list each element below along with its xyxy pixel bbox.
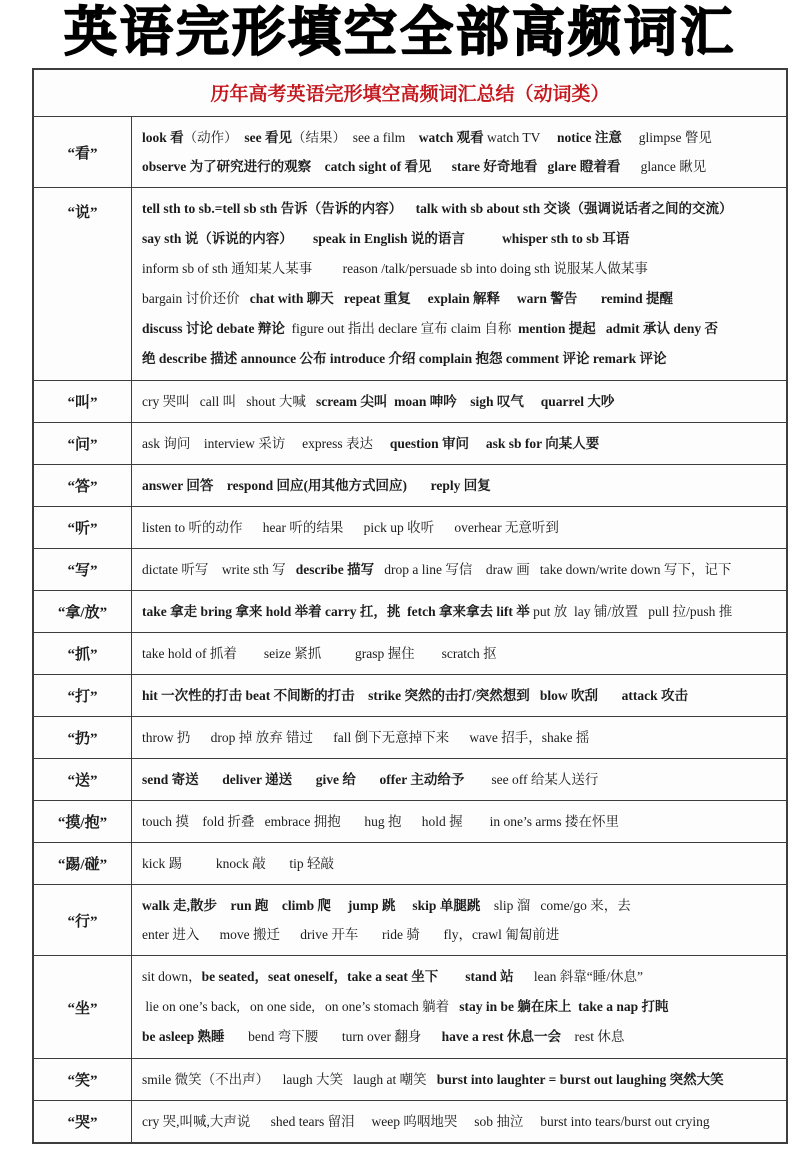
content-cell: kick 踢 knock 敲 tip 轻敲 <box>132 843 786 884</box>
table-row: “问”ask 询问 interview 采访 express 表达 questi… <box>34 423 786 465</box>
category-cell: “打” <box>34 675 132 716</box>
content-cell: tell sth to sb.=tell sb sth 告诉（告诉的内容） ta… <box>132 188 786 380</box>
category-cell: “看” <box>34 117 132 187</box>
category-cell: “说” <box>34 188 132 380</box>
vocab-entry: inform sb of sth 通知某人某事 reason /talk/per… <box>142 261 648 276</box>
vocab-entry-bold: question 审问 <box>390 436 469 451</box>
vocab-entry-bold: deliver 递送 <box>222 772 292 787</box>
vocab-entry <box>457 394 471 409</box>
category-cell: “哭” <box>34 1101 132 1142</box>
vocab-entry <box>396 898 413 913</box>
content-cell: sit down，be seated，seat oneself，take a s… <box>132 956 786 1058</box>
vocab-entry: figure out 指出 declare 宣布 claim 自称 <box>285 321 518 336</box>
content-cell: walk 走,散步 run 跑 climb 爬 jump 跳 skip 单腿跳 … <box>132 885 786 955</box>
table-row: “摸/抱”touch 摸 fold 折叠 embrace 拥抱 hug 抱 ho… <box>34 801 786 843</box>
vocab-entry-bold: burst into laughter = burst out laughing… <box>437 1072 724 1087</box>
vocab-entry <box>411 291 428 306</box>
vocab-line: bargain 讨价还价 chat with 聊天 repeat 重复 expl… <box>142 284 782 314</box>
content-cell: cry 哭叫 call 叫 shout 大喊 scream 尖叫 moan 呻吟… <box>132 381 786 422</box>
vocab-entry: throw 扔 drop 掉 放弃 错过 fall 倒下无意掉下来 wave 招… <box>142 730 589 745</box>
vocab-entry-bold: have a rest 休息一会 <box>442 1029 561 1044</box>
vocab-entry-bold: climb 爬 <box>282 898 331 913</box>
vocab-entry-bold: speak in English 说的语言 <box>313 231 465 246</box>
content-cell: touch 摸 fold 折叠 embrace 拥抱 hug 抱 hold 握 … <box>132 801 786 842</box>
vocab-entry <box>577 291 601 306</box>
vocab-entry-bold: hit 一次性的打击 beat 不间断的打击 <box>142 688 355 703</box>
vocab-entry <box>432 159 452 174</box>
vocab-entry: lean 斜靠“睡/休息” <box>514 969 643 984</box>
vocab-line: inform sb of sth 通知某人某事 reason /talk/per… <box>142 254 782 284</box>
vocab-line: take hold of 抓着 seize 紧抓 grasp 握住 scratc… <box>142 639 782 668</box>
vocab-entry <box>213 478 227 493</box>
vocab-entry-bold: respond 回应(用其他方式回应) <box>227 478 407 493</box>
vocab-entry: kick 踢 knock 敲 tip 轻敲 <box>142 856 334 871</box>
vocab-line: 绝 describe 描述 announce 公布 introduce 介绍 c… <box>142 344 782 374</box>
content-cell: cry 哭,叫喊,大声说 shed tears 留泪 weep 呜咽地哭 sob… <box>132 1101 786 1142</box>
vocab-entry-bold: stare 好奇地看 <box>452 159 538 174</box>
vocab-line: look 看（动作） see 看见（结果） see a film watch 观… <box>142 123 782 152</box>
table-row: “哭”cry 哭,叫喊,大声说 shed tears 留泪 weep 呜咽地哭 … <box>34 1101 786 1142</box>
vocab-entry <box>293 231 313 246</box>
vocab-line: be asleep 熟睡 bend 弯下腰 turn over 翻身 have … <box>142 1022 782 1052</box>
vocab-entry <box>438 969 465 984</box>
vocab-entry <box>355 688 369 703</box>
vocab-line: kick 踢 knock 敲 tip 轻敲 <box>142 849 782 878</box>
category-cell: “叫” <box>34 381 132 422</box>
vocab-entry-bold: send 寄送 <box>142 772 199 787</box>
vocab-entry-bold: take 拿走 bring 拿来 hold 举着 carry 扛，挑 fetch… <box>142 604 530 619</box>
vocab-entry <box>292 772 316 787</box>
vocab-entry-bold: warn 警告 <box>517 291 577 306</box>
vocab-entry <box>407 478 431 493</box>
content-cell: send 寄送 deliver 递送 give 给 offer 主动给予 see… <box>132 759 786 800</box>
category-cell: “问” <box>34 423 132 464</box>
vocab-entry: touch 摸 fold 折叠 embrace 拥抱 hug 抱 hold 握 … <box>142 814 619 829</box>
content-cell: ask 询问 interview 采访 express 表达 question … <box>132 423 786 464</box>
table-row: “踢/碰”kick 踢 knock 敲 tip 轻敲 <box>34 843 786 885</box>
vocab-entry-bold: discuss 讨论 debate 辩论 <box>142 321 285 336</box>
vocab-entry-bold: stay in be 躺在床上 <box>459 999 571 1014</box>
vocab-entry-bold: repeat 重复 <box>344 291 411 306</box>
vocab-entry-bold: whisper sth to sb 耳语 <box>502 231 629 246</box>
vocab-line: tell sth to sb.=tell sb sth 告诉（告诉的内容） ta… <box>142 194 782 224</box>
vocab-entry: drop a line 写信 draw 画 take down/write do… <box>374 562 731 577</box>
content-cell: smile 微笑（不出声） laugh 大笑 laugh at 嘲笑 burst… <box>132 1059 786 1100</box>
vocab-entry-bold: mention 提起 <box>518 321 596 336</box>
category-cell: “送” <box>34 759 132 800</box>
vocab-entry: dictate 听写 write sth 写 <box>142 562 296 577</box>
vocab-entry: listen to 听的动作 hear 听的结果 pick up 收听 over… <box>142 520 559 535</box>
vocab-entry <box>334 291 344 306</box>
vocab-line: enter 进入 move 搬迁 drive 开车 ride 骑 fly，cra… <box>142 920 782 949</box>
vocab-entry: rest 休息 <box>561 1029 624 1044</box>
vocab-entry <box>596 321 606 336</box>
vocab-entry-bold: admit 承认 deny 否 <box>606 321 718 336</box>
vocab-entry: take hold of 抓着 seize 紧抓 grasp 握住 scratc… <box>142 646 497 661</box>
category-cell: “答” <box>34 465 132 506</box>
vocab-entry-bold: see 看见 <box>244 130 292 145</box>
vocab-line: hit 一次性的打击 beat 不间断的打击 strike 突然的击打/突然想到… <box>142 681 782 710</box>
vocab-entry: cry 哭叫 call 叫 shout 大喊 <box>142 394 316 409</box>
vocab-line: send 寄送 deliver 递送 give 给 offer 主动给予 see… <box>142 765 782 794</box>
category-cell: “摸/抱” <box>34 801 132 842</box>
content-cell: listen to 听的动作 hear 听的结果 pick up 收听 over… <box>132 507 786 548</box>
table-row: “答”answer 回答 respond 回应(用其他方式回应) reply 回… <box>34 465 786 507</box>
vocab-line: walk 走,散步 run 跑 climb 爬 jump 跳 skip 单腿跳 … <box>142 891 782 920</box>
vocab-line: sit down，be seated，seat oneself，take a s… <box>142 962 782 992</box>
content-cell: take hold of 抓着 seize 紧抓 grasp 握住 scratc… <box>132 633 786 674</box>
vocab-entry-bold: strike 突然的击打/突然想到 <box>368 688 530 703</box>
table-row: “扔”throw 扔 drop 掉 放弃 错过 fall 倒下无意掉下来 wav… <box>34 717 786 759</box>
vocab-line: cry 哭叫 call 叫 shout 大喊 scream 尖叫 moan 呻吟… <box>142 387 782 416</box>
content-cell: throw 扔 drop 掉 放弃 错过 fall 倒下无意掉下来 wave 招… <box>132 717 786 758</box>
table-row: “说”tell sth to sb.=tell sb sth 告诉（告诉的内容）… <box>34 188 786 381</box>
category-cell: “写” <box>34 549 132 590</box>
vocab-entry <box>331 898 348 913</box>
vocab-line: throw 扔 drop 掉 放弃 错过 fall 倒下无意掉下来 wave 招… <box>142 723 782 752</box>
vocab-entry <box>402 201 416 216</box>
vocab-entry: bargain 讨价还价 <box>142 291 250 306</box>
vocab-line: touch 摸 fold 折叠 embrace 拥抱 hug 抱 hold 握 … <box>142 807 782 836</box>
vocab-entry-bold: be seated，seat oneself，take a seat 坐下 <box>202 969 439 984</box>
content-cell: answer 回答 respond 回应(用其他方式回应) reply 回复 <box>132 465 786 506</box>
vocab-entry-bold: blow 吹刮 <box>540 688 598 703</box>
vocab-line: dictate 听写 write sth 写 describe 描写 drop … <box>142 555 782 584</box>
vocab-entry-bold: describe 描写 <box>296 562 374 577</box>
page-title: 英语完形填空全部高频词汇 <box>0 2 800 64</box>
vocab-entry-bold: skip 单腿跳 <box>412 898 480 913</box>
vocab-entry-bold: be asleep 熟睡 <box>142 1029 225 1044</box>
table-row: “坐”sit down，be seated，seat oneself，take … <box>34 956 786 1059</box>
vocab-entry-bold: sigh 叹气 <box>470 394 524 409</box>
content-cell: look 看（动作） see 看见（结果） see a film watch 观… <box>132 117 786 187</box>
vocab-entry: enter 进入 move 搬迁 drive 开车 ride 骑 fly，cra… <box>142 927 559 942</box>
table-row: “行”walk 走,散步 run 跑 climb 爬 jump 跳 skip 单… <box>34 885 786 956</box>
vocab-line: cry 哭,叫喊,大声说 shed tears 留泪 weep 呜咽地哭 sob… <box>142 1107 782 1136</box>
vocab-entry-bold: observe 为了研究进行的观察 <box>142 159 311 174</box>
content-cell: hit 一次性的打击 beat 不间断的打击 strike 突然的击打/突然想到… <box>132 675 786 716</box>
vocab-table-body: “看”look 看（动作） see 看见（结果） see a film watc… <box>34 117 786 1142</box>
vocab-entry: glimpse 瞥见 <box>622 130 712 145</box>
table-row: “看”look 看（动作） see 看见（结果） see a film watc… <box>34 117 786 188</box>
vocab-entry: （动作） <box>184 130 245 145</box>
vocab-entry: smile 微笑（不出声） laugh 大笑 laugh at 嘲笑 <box>142 1072 437 1087</box>
vocab-entry-bold: attack 攻击 <box>622 688 688 703</box>
vocab-entry-bold: tell sth to sb.=tell sb sth 告诉（告诉的内容） <box>142 201 402 216</box>
category-cell: “笑” <box>34 1059 132 1100</box>
table-subtitle: 历年高考英语完形填空高频词汇总结（动词类） <box>34 70 786 117</box>
vocab-entry <box>500 291 517 306</box>
category-cell: “听” <box>34 507 132 548</box>
category-cell: “坐” <box>34 956 132 1058</box>
category-cell: “拿/放” <box>34 591 132 632</box>
table-row: “拿/放”take 拿走 bring 拿来 hold 举着 carry 扛，挑 … <box>34 591 786 633</box>
category-cell: “扔” <box>34 717 132 758</box>
vocab-entry <box>469 436 486 451</box>
vocab-entry-bold: reply 回复 <box>431 478 491 493</box>
table-row: “写”dictate 听写 write sth 写 describe 描写 dr… <box>34 549 786 591</box>
vocab-entry <box>530 688 540 703</box>
vocab-entry <box>598 688 622 703</box>
vocab-entry-bold: jump 跳 <box>348 898 396 913</box>
vocab-entry <box>217 898 231 913</box>
vocab-entry: slip 溜 come/go 来，去 <box>480 898 630 913</box>
vocab-entry-bold: catch sight of 看见 <box>325 159 432 174</box>
vocab-entry: put 放 lay 铺/放置 pull 拉/push 推 <box>530 604 733 619</box>
vocab-entry-bold: quarrel 大吵 <box>541 394 615 409</box>
vocab-entry-bold: offer 主动给予 <box>380 772 465 787</box>
vocab-entry-bold: walk 走,散步 <box>142 898 217 913</box>
vocab-entry: cry 哭,叫喊,大声说 shed tears 留泪 weep 呜咽地哭 sob… <box>142 1114 710 1129</box>
vocab-entry <box>268 898 282 913</box>
vocab-entry: bend 弯下腰 turn over 翻身 <box>225 1029 442 1044</box>
vocab-entry-bold: look 看 <box>142 130 184 145</box>
vocab-entry-bold: explain 解释 <box>428 291 500 306</box>
table-row: “听”listen to 听的动作 hear 听的结果 pick up 收听 o… <box>34 507 786 549</box>
vocab-line: ask 询问 interview 采访 express 表达 question … <box>142 429 782 458</box>
vocab-entry-bold: chat with 聊天 <box>250 291 334 306</box>
vocab-entry: sit down， <box>142 969 202 984</box>
vocab-entry-bold: run 跑 <box>231 898 269 913</box>
vocab-entry-bold: glare 瞪着看 <box>548 159 621 174</box>
category-cell: “抓” <box>34 633 132 674</box>
vocab-line: answer 回答 respond 回应(用其他方式回应) reply 回复 <box>142 471 782 500</box>
table-row: “叫”cry 哭叫 call 叫 shout 大喊 scream 尖叫 moan… <box>34 381 786 423</box>
vocab-line: observe 为了研究进行的观察 catch sight of 看见 star… <box>142 152 782 181</box>
vocab-line: discuss 讨论 debate 辩论 figure out 指出 decla… <box>142 314 782 344</box>
vocab-entry-bold: 绝 describe 描述 announce 公布 introduce 介绍 c… <box>142 351 666 366</box>
table-row: “送”send 寄送 deliver 递送 give 给 offer 主动给予 … <box>34 759 786 801</box>
vocab-entry <box>537 159 547 174</box>
content-cell: dictate 听写 write sth 写 describe 描写 drop … <box>132 549 786 590</box>
vocab-entry-bold: take a nap 打盹 <box>578 999 668 1014</box>
table-row: “笑”smile 微笑（不出声） laugh 大笑 laugh at 嘲笑 bu… <box>34 1059 786 1101</box>
vocab-entry-bold: watch 观看 <box>419 130 484 145</box>
vocab-line: lie on one’s back, on one side, on one’s… <box>142 992 782 1022</box>
vocab-entry-bold: scream 尖叫 <box>316 394 387 409</box>
vocab-entry-bold: talk with sb about sth 交谈（强调说话者之间的交流） <box>416 201 733 216</box>
vocab-table: 历年高考英语完形填空高频词汇总结（动词类） “看”look 看（动作） see … <box>32 68 788 1144</box>
vocab-entry-bold: remind 提醒 <box>601 291 673 306</box>
vocab-entry: see off 给某人送行 <box>464 772 598 787</box>
vocab-line: listen to 听的动作 hear 听的结果 pick up 收听 over… <box>142 513 782 542</box>
vocab-entry <box>524 394 541 409</box>
vocab-entry: glance 瞅见 <box>620 159 706 174</box>
vocab-entry-bold: notice 注意 <box>557 130 622 145</box>
vocab-entry-bold: answer 回答 <box>142 478 213 493</box>
table-row: “抓”take hold of 抓着 seize 紧抓 grasp 握住 scr… <box>34 633 786 675</box>
vocab-line: say sth 说（诉说的内容） speak in English 说的语言 w… <box>142 224 782 254</box>
vocab-entry: （结果） see a film <box>292 130 419 145</box>
vocab-entry <box>311 159 325 174</box>
content-cell: take 拿走 bring 拿来 hold 举着 carry 扛，挑 fetch… <box>132 591 786 632</box>
vocab-entry: lie on one’s back, on one side, on one’s… <box>142 999 459 1014</box>
vocab-entry <box>356 772 380 787</box>
category-cell: “踢/碰” <box>34 843 132 884</box>
table-row: “打”hit 一次性的打击 beat 不间断的打击 strike 突然的击打/突… <box>34 675 786 717</box>
vocab-entry: watch TV <box>484 130 557 145</box>
category-cell: “行” <box>34 885 132 955</box>
vocab-entry-bold: ask sb for 向某人要 <box>486 436 599 451</box>
vocab-entry: ask 询问 interview 采访 express 表达 <box>142 436 390 451</box>
vocab-entry-bold: stand 站 <box>465 969 513 984</box>
vocab-entry <box>465 231 502 246</box>
vocab-entry-bold: say sth 说（诉说的内容） <box>142 231 293 246</box>
vocab-entry-bold: moan 呻吟 <box>394 394 457 409</box>
vocab-line: smile 微笑（不出声） laugh 大笑 laugh at 嘲笑 burst… <box>142 1065 782 1094</box>
vocab-line: take 拿走 bring 拿来 hold 举着 carry 扛，挑 fetch… <box>142 597 782 626</box>
vocab-entry-bold: give 给 <box>316 772 356 787</box>
vocab-entry <box>199 772 223 787</box>
